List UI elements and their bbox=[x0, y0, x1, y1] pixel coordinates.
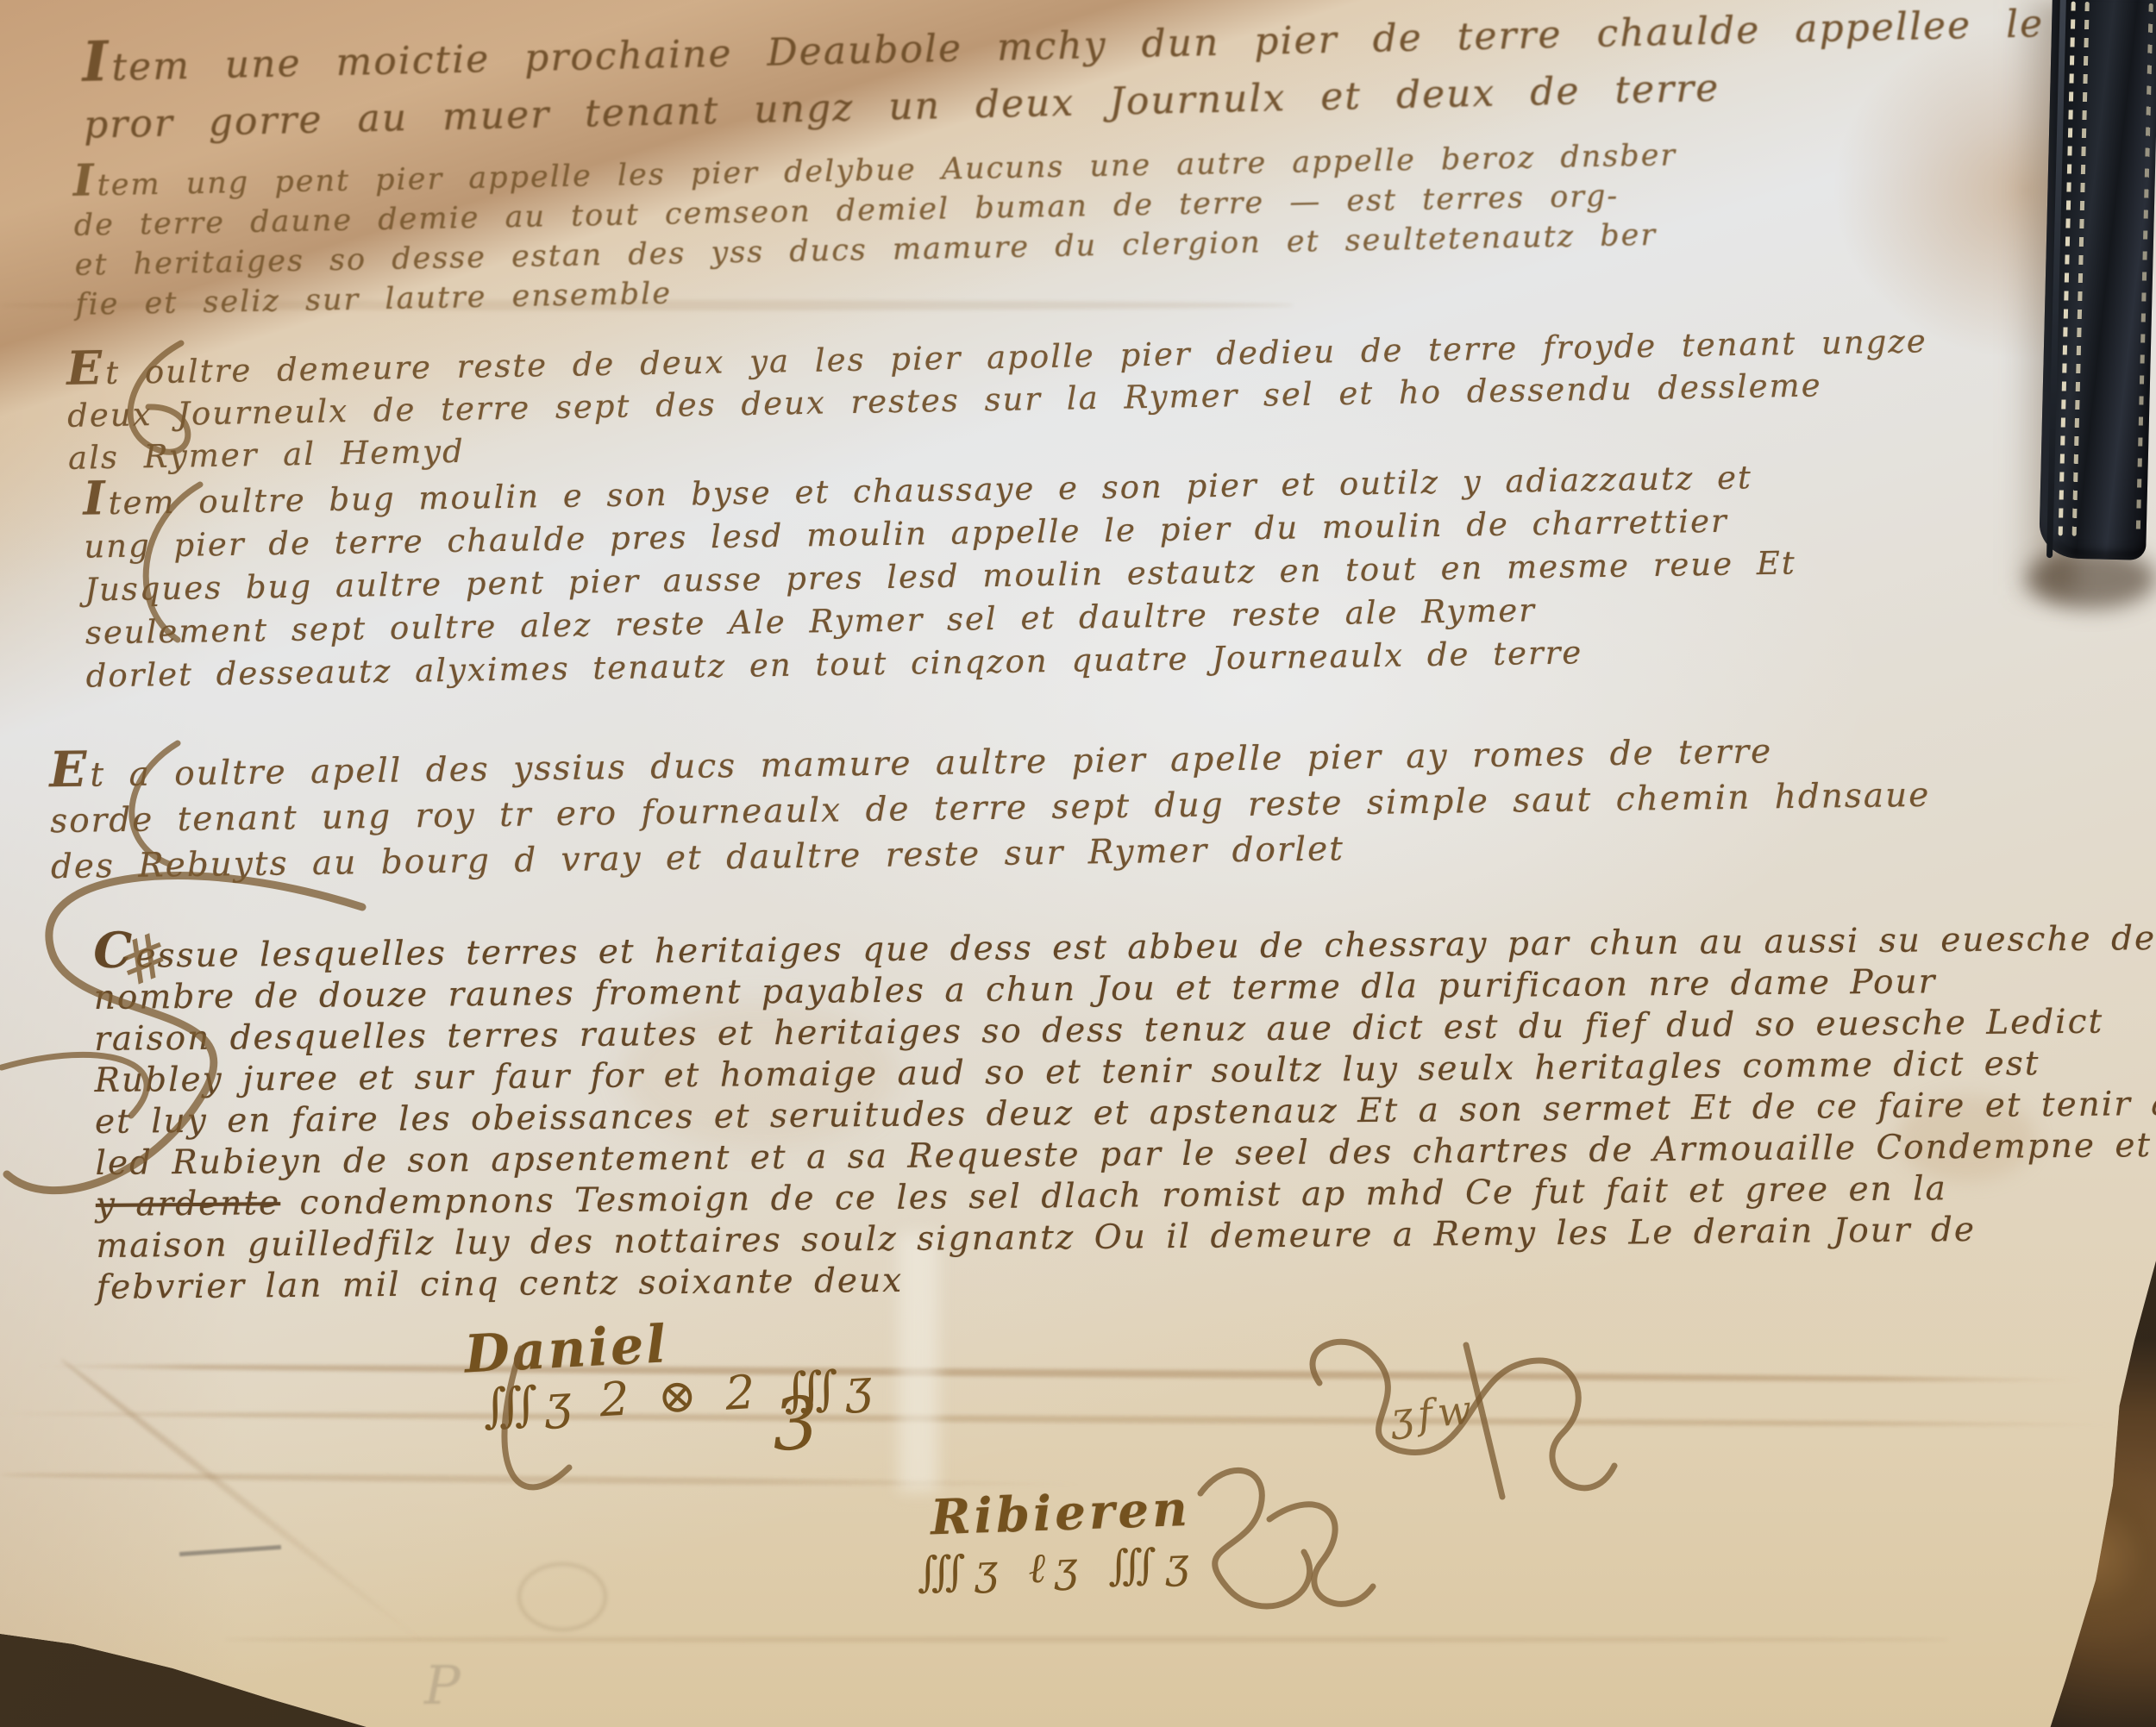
stitching-row bbox=[2072, 2, 2090, 536]
signature-daniel: Daniel ∭ʒ 2 ⊗ 2 ∭ʒ 3 bbox=[463, 1304, 880, 1435]
photo-frame: P Item une moictie prochaine Deaubole mc… bbox=[0, 0, 2156, 1727]
signature-right-flourish: ʒfw bbox=[1388, 1386, 1478, 1441]
leather-binding bbox=[2039, 0, 2156, 560]
paragraph-6: Cessue lesquelles terres et heritaiges q… bbox=[93, 911, 2156, 1309]
faint-pencil-letter: P bbox=[424, 1654, 461, 1717]
faint-circle-mark bbox=[517, 1562, 607, 1631]
paraph-numeral: 3 bbox=[770, 1380, 821, 1467]
signature-ribieren: Ribieren ∭ʒ ℓʒ ∭ʒ bbox=[930, 1480, 1198, 1597]
paragraph-2: Item ung pent pier appelle les pier dely… bbox=[72, 129, 1679, 325]
paragraph-1: Item une moictie prochaine Deaubole mchy… bbox=[82, 0, 2046, 154]
signature-name: Ribieren bbox=[930, 1480, 1196, 1547]
crease-line bbox=[224, 1636, 1949, 1643]
flourish-ribieren-knot-2 bbox=[1269, 1505, 1373, 1605]
crease-line bbox=[34, 1362, 2087, 1385]
flourish-ribieren-knot bbox=[1200, 1470, 1310, 1606]
crease-line bbox=[0, 1411, 2122, 1429]
paraph-flourish: ∭ʒ ℓʒ ∭ʒ bbox=[916, 1539, 1198, 1597]
struck-word: y ardente bbox=[96, 1184, 281, 1224]
pencil-mark bbox=[179, 1545, 281, 1556]
crease-line-diagonal bbox=[59, 1356, 429, 1649]
parchment: P Item une moictie prochaine Deaubole mc… bbox=[0, 0, 2156, 1727]
paragraph-4: Item oultre bug moulin e son byse et cha… bbox=[83, 450, 1798, 698]
paragraph-5: Et a oultre apell des yssius ducs mamure… bbox=[49, 722, 1931, 890]
